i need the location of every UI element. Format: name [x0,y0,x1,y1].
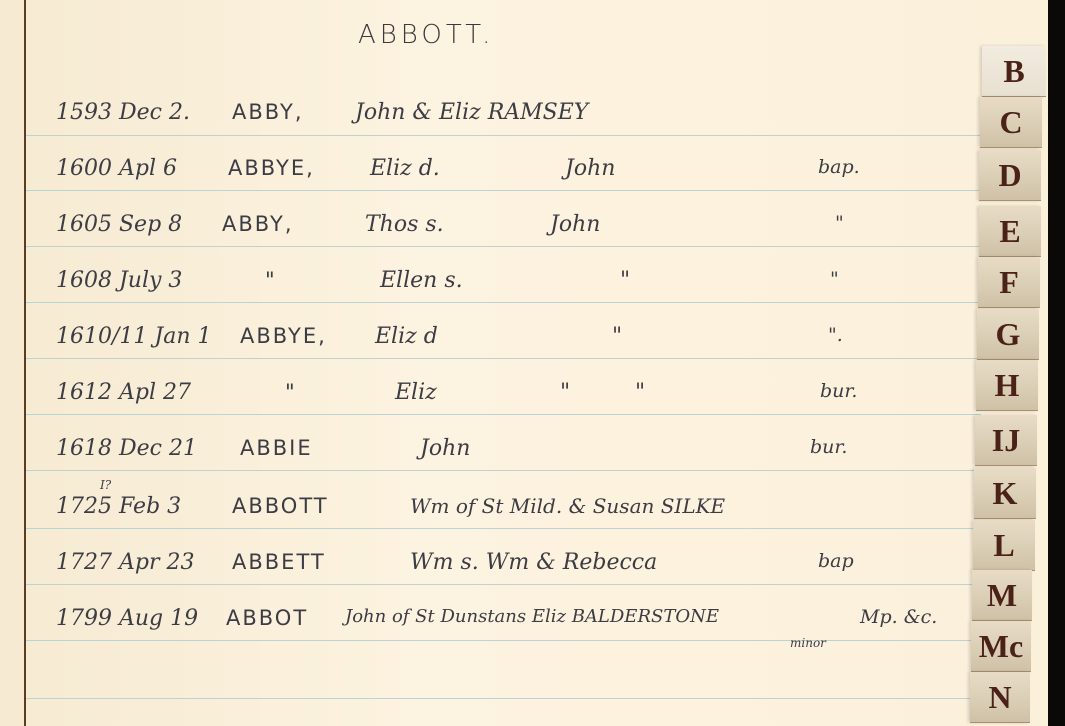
ledger-entry: 1600 Apl 6 ABBYE, Eliz d. John bap. [0,156,980,196]
entry-date: 1608 July 3 [56,268,182,293]
entry-date: 1799 Aug 19 [56,606,198,631]
entry-parent: " [612,324,622,349]
entry-surname: ABBIE [240,436,313,460]
entry-date: 1593 Dec 2. [56,100,190,125]
index-tab-f[interactable]: F [978,257,1040,308]
entry-surname: ABBETT [232,550,326,574]
entry-note: ". [828,324,843,346]
entry-date: 1605 Sep 8 [56,212,182,237]
ledger-entry: 1605 Sep 8 ABBY, Thos s. John " [0,212,980,252]
entry-name: Wm s. Wm & Rebecca [410,550,657,575]
entry-parent: " [620,268,630,293]
entry-parent: John [550,212,600,237]
entry-surname: ABBY, [232,100,304,124]
entry-surname: ABBOTT [232,494,329,518]
ledger-entry: 1618 Dec 21 ABBIE John bur. [0,436,980,476]
ledger-entry: 1610/11 Jan 1 ABBYE, Eliz d " ". [0,324,980,364]
entry-surname: ABBY, [222,212,294,236]
entry-name: John of St Dunstans Eliz BALDERSTONE [345,606,719,627]
entry-note: bur. [820,380,857,402]
index-tab-d[interactable]: D [979,150,1041,201]
entry-name: Thos s. [365,212,444,237]
index-tab-n[interactable]: N [970,672,1030,723]
entry-date: 1600 Apl 6 [56,156,177,181]
entry-note: " [830,268,839,290]
ledger-entry: 1593 Dec 2. ABBY, John & Eliz RAMSEY [0,100,980,140]
ledger-entry: 1612 Apl 27 " Eliz " " bur. [0,380,980,420]
entry-parent: John [565,156,615,181]
entry-name: John & Eliz RAMSEY [355,100,588,125]
entry-surname: " [285,380,297,404]
entry-name: Ellen s. [380,268,463,293]
index-tab-ij[interactable]: IJ [975,415,1037,466]
ledger-entry: 1727 Apr 23 ABBETT Wm s. Wm & Rebecca ba… [0,550,980,590]
entry-date: 1618 Dec 21 [56,436,197,461]
entry-name: Eliz d [375,324,438,349]
index-tab-c[interactable]: C [980,97,1042,148]
ledger-entry: I? 1725 Feb 3 ABBOTT Wm of St Mild. & Su… [0,494,980,534]
entry-name: John [420,436,470,461]
ledger-page: ABBOTT. 1593 Dec 2. ABBY, John & Eliz RA… [0,0,1050,726]
page-title: ABBOTT. [358,20,494,50]
entry-name: Eliz d. [370,156,440,181]
index-tab-g[interactable]: G [977,309,1039,360]
index-tab-k[interactable]: K [974,468,1036,519]
entry-subnote: minor [790,636,826,650]
index-tab-e[interactable]: E [979,206,1041,257]
entry-superscript: I? [100,478,111,492]
entry-parent: " [560,380,570,405]
entry-surname: ABBOT [226,606,308,630]
ruled-line [26,698,981,699]
index-tab-h[interactable]: H [976,360,1038,411]
ledger-entry: 1799 Aug 19 ABBOT John of St Dunstans El… [0,606,980,646]
entry-note: Mp. &c. [860,606,937,628]
entry-date: 1610/11 Jan 1 [56,324,211,349]
index-tab-mc[interactable]: Mc [971,621,1031,672]
entry-note: bur. [810,436,847,458]
entry-note: bap [818,550,854,572]
book-spine-shadow [1048,0,1065,726]
index-tab-m[interactable]: M [972,570,1032,621]
index-tab-b[interactable]: B [982,46,1046,97]
entry-date: 1727 Apr 23 [56,550,194,575]
entry-surname: " [265,268,277,292]
entry-note: bap. [818,156,860,178]
entry-name: Eliz [395,380,437,405]
index-tab-l[interactable]: L [973,520,1035,571]
entry-ditto: " [635,380,645,405]
entry-date: 1725 Feb 3 [56,494,181,519]
entry-note: " [835,212,844,234]
ledger-entry: 1608 July 3 " Ellen s. " " [0,268,980,308]
entry-surname: ABBYE, [240,324,327,348]
entry-surname: ABBYE, [228,156,315,180]
entry-name: Wm of St Mild. & Susan SILKE [410,494,725,518]
entry-date: 1612 Apl 27 [56,380,191,405]
